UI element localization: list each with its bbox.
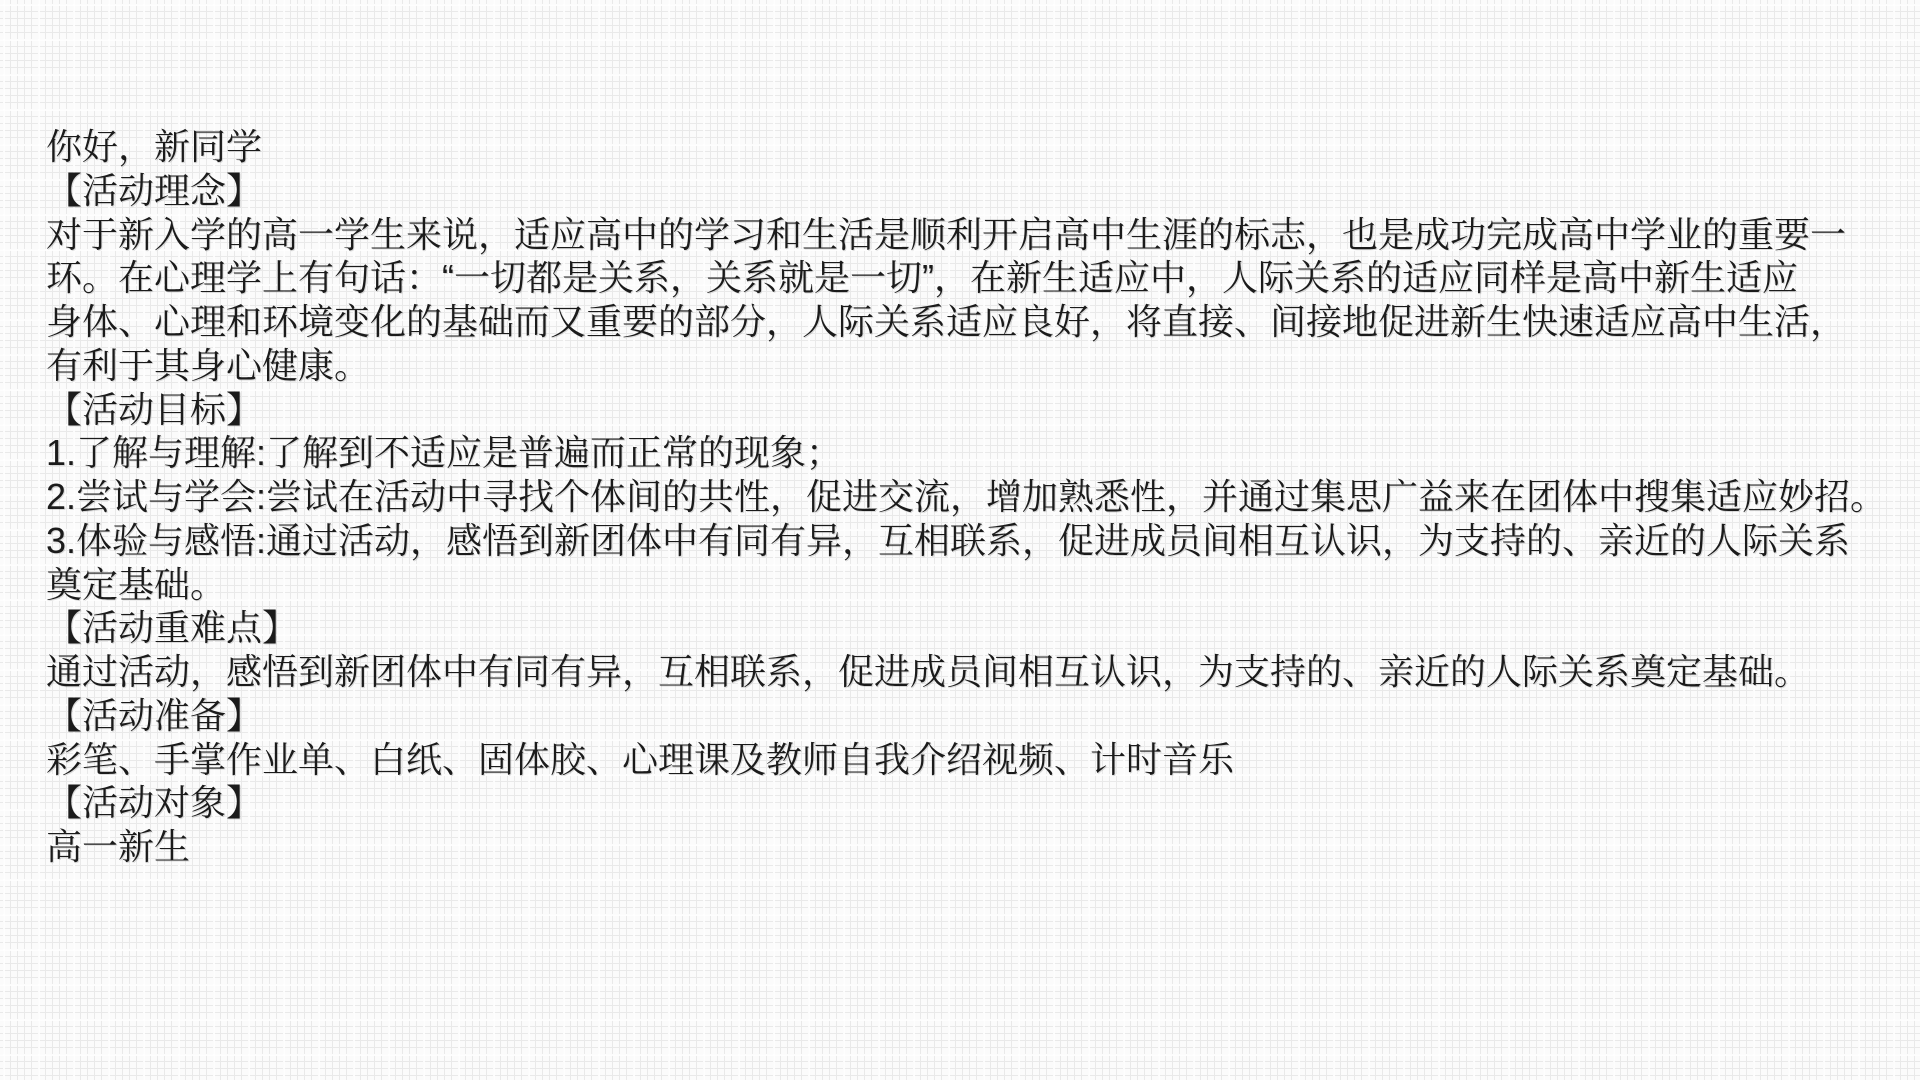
concept-paragraph-line-1: 对于新入学的高一学生来说，适应高中的学习和生活是顺利开启高中生涯的标志，也是成功… <box>46 213 1912 257</box>
goal-item-1: 1.了解与理解:了解到不适应是普遍而正常的现象； <box>46 431 1912 475</box>
goal-item-2: 2.尝试与学会:尝试在活动中寻找个体间的共性，促进交流，增加熟悉性，并通过集思广… <box>46 475 1912 519</box>
slide-background: 你好，新同学 【活动理念】 对于新入学的高一学生来说，适应高中的学习和生活是顺利… <box>0 0 1920 1080</box>
section-heading-activity-preparation: 【活动准备】 <box>46 694 1912 738</box>
section-heading-activity-audience: 【活动对象】 <box>46 781 1912 825</box>
goal-item-3-line-2: 奠定基础。 <box>46 563 1912 607</box>
section-heading-activity-concept: 【活动理念】 <box>46 169 1912 213</box>
preparation-list: 彩笔、手掌作业单、白纸、固体胶、心理课及教师自我介绍视频、计时音乐 <box>46 738 1912 782</box>
goal-item-3-line-1: 3.体验与感悟:通过活动，感悟到新团体中有同有异，互相联系，促进成员间相互认识，… <box>46 519 1912 563</box>
audience-value: 高一新生 <box>46 825 1912 869</box>
concept-paragraph-line-3: 身体、心理和环境变化的基础而又重要的部分，人际关系适应良好，将直接、间接地促进新… <box>46 300 1912 344</box>
key-difficulties-paragraph: 通过活动，感悟到新团体中有同有异，互相联系，促进成员间相互认识，为支持的、亲近的… <box>46 650 1912 694</box>
greeting-title: 你好，新同学 <box>46 125 1912 169</box>
concept-paragraph-line-4: 有利于其身心健康。 <box>46 344 1912 388</box>
section-heading-key-difficulties: 【活动重难点】 <box>46 606 1912 650</box>
section-heading-activity-goals: 【活动目标】 <box>46 388 1912 432</box>
lesson-plan-text-block: 你好，新同学 【活动理念】 对于新入学的高一学生来说，适应高中的学习和生活是顺利… <box>46 125 1912 869</box>
concept-paragraph-line-2: 环。在心理学上有句话：“一切都是关系，关系就是一切”，在新生适应中，人际关系的适… <box>46 256 1912 300</box>
